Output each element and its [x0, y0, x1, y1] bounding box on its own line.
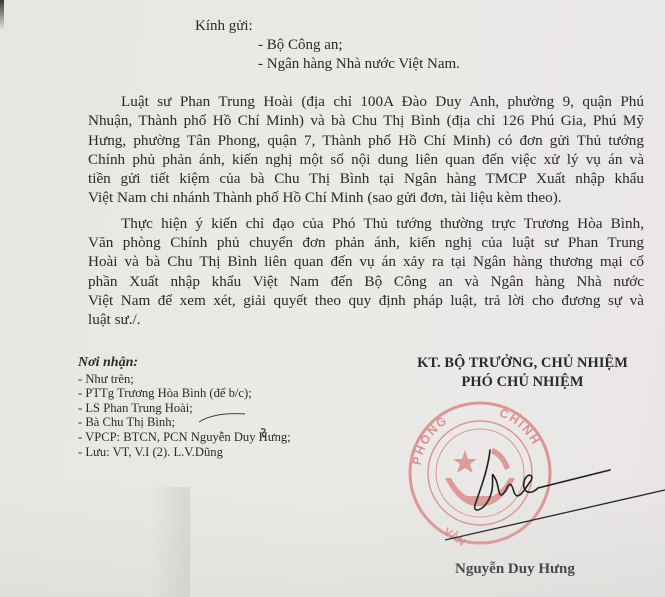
- handwritten-mark-icon: [195, 408, 255, 428]
- paragraph-line: Thực hiện ý kiến chỉ đạo của Phó Thủ tướ…: [88, 214, 644, 233]
- signature-title-line1: KT. BỘ TRƯỞNG, CHỦ NHIỆM: [380, 354, 665, 373]
- distribution-title: Nơi nhận:: [78, 356, 291, 371]
- paragraph-line: phần Xuất nhập khẩu Việt Nam đến Bộ Công…: [88, 272, 644, 291]
- distribution-item: - Như trên;: [78, 372, 291, 387]
- paragraph-line: Luật sư Phan Trung Hoài (địa chỉ 100A Đà…: [88, 92, 644, 111]
- signer-name: Nguyễn Duy Hưng: [455, 561, 575, 578]
- document-page: Kính gửi: - Bộ Công an; - Ngân hàng Nhà …: [0, 0, 665, 597]
- signature-icon: [440, 430, 665, 550]
- signature-title-line2: PHÓ CHỦ NHIỆM: [380, 373, 665, 392]
- initial-mark-icon: [258, 426, 270, 440]
- recipients-list: - Bộ Công an; - Ngân hàng Nhà nước Việt …: [258, 36, 460, 73]
- greeting: Kính gửi:: [195, 17, 253, 36]
- distribution-item: - LS Phan Trung Hoài;: [78, 401, 291, 416]
- distribution-item: - PTTg Trương Hòa Bình (để b/c);: [78, 386, 291, 401]
- paragraph-line: Hưng, phường Tân Phong, quận 7, Thành ph…: [88, 131, 644, 150]
- letter-body: Luật sư Phan Trung Hoài (địa chỉ 100A Đà…: [88, 92, 644, 330]
- paragraph-1: Luật sư Phan Trung Hoài (địa chỉ 100A Đà…: [88, 92, 644, 208]
- distribution-list: Nơi nhận: - Như trên; - PTTg Trương Hòa …: [78, 356, 291, 459]
- paragraph-line: Nhuận, Thành phố Hồ Chí Minh) và bà Chu …: [88, 111, 644, 130]
- photo-fold-shadow: [150, 487, 190, 597]
- paragraph-line: Việt Nam để xem xét, giải quyết theo quy…: [88, 291, 644, 310]
- paragraph-line: tiền gửi tiết kiệm của bà Chu Thị Bình t…: [88, 169, 644, 188]
- distribution-item: - Lưu: VT, V.I (2). L.V.Dũng: [78, 445, 291, 460]
- paragraph-line: luật sư./.: [88, 310, 644, 329]
- paragraph-line: Hoài và bà Chu Thị Bình liên quan đến vụ…: [88, 252, 644, 271]
- paragraph-2: Thực hiện ý kiến chỉ đạo của Phó Thủ tướ…: [88, 214, 644, 330]
- paper-edge-shadow: [0, 0, 4, 30]
- paragraph-line: Văn phòng Chính phủ chuyển đơn phản ánh,…: [88, 233, 644, 252]
- recipient-item: - Ngân hàng Nhà nước Việt Nam.: [258, 55, 460, 74]
- recipient-item: - Bộ Công an;: [258, 36, 460, 55]
- signature-title: KT. BỘ TRƯỞNG, CHỦ NHIỆM PHÓ CHỦ NHIỆM: [380, 354, 665, 392]
- paragraph-line: Chính phủ phản ánh, kiến nghị một số nội…: [88, 150, 644, 169]
- paragraph-line: Việt Nam chi nhánh Thành phố Hồ Chí Minh…: [88, 188, 644, 207]
